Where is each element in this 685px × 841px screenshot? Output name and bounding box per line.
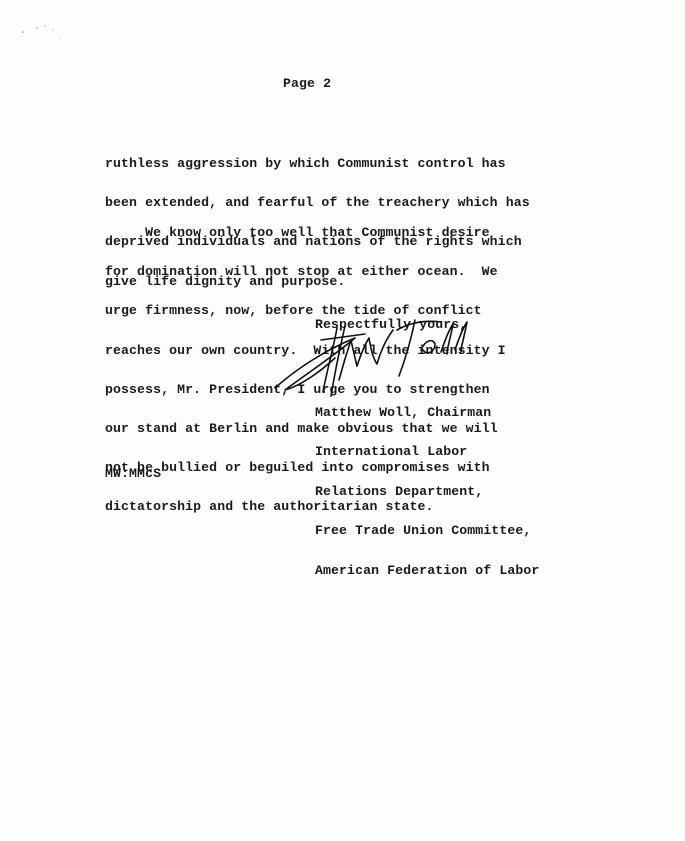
scan-specks bbox=[15, 20, 95, 60]
signer-name-title: Matthew Woll, Chairman bbox=[315, 406, 539, 419]
signer-committee: Free Trade Union Committee, bbox=[315, 524, 539, 537]
signer-department: International Labor bbox=[315, 445, 539, 458]
reference-initials: MW:MMcS bbox=[105, 467, 161, 480]
text-line: We know only too well that Communist des… bbox=[105, 226, 506, 239]
signer-organization: American Federation of Labor bbox=[315, 564, 539, 577]
page-number: Page 2 bbox=[283, 77, 331, 90]
text-line: for domination will not stop at either o… bbox=[105, 265, 506, 278]
letter-page: Page 2 ruthless aggression by which Comm… bbox=[0, 0, 685, 841]
text-line: ruthless aggression by which Communist c… bbox=[105, 157, 530, 170]
signer-department: Relations Department, bbox=[315, 485, 539, 498]
signature-block: Matthew Woll, Chairman International Lab… bbox=[315, 380, 539, 603]
